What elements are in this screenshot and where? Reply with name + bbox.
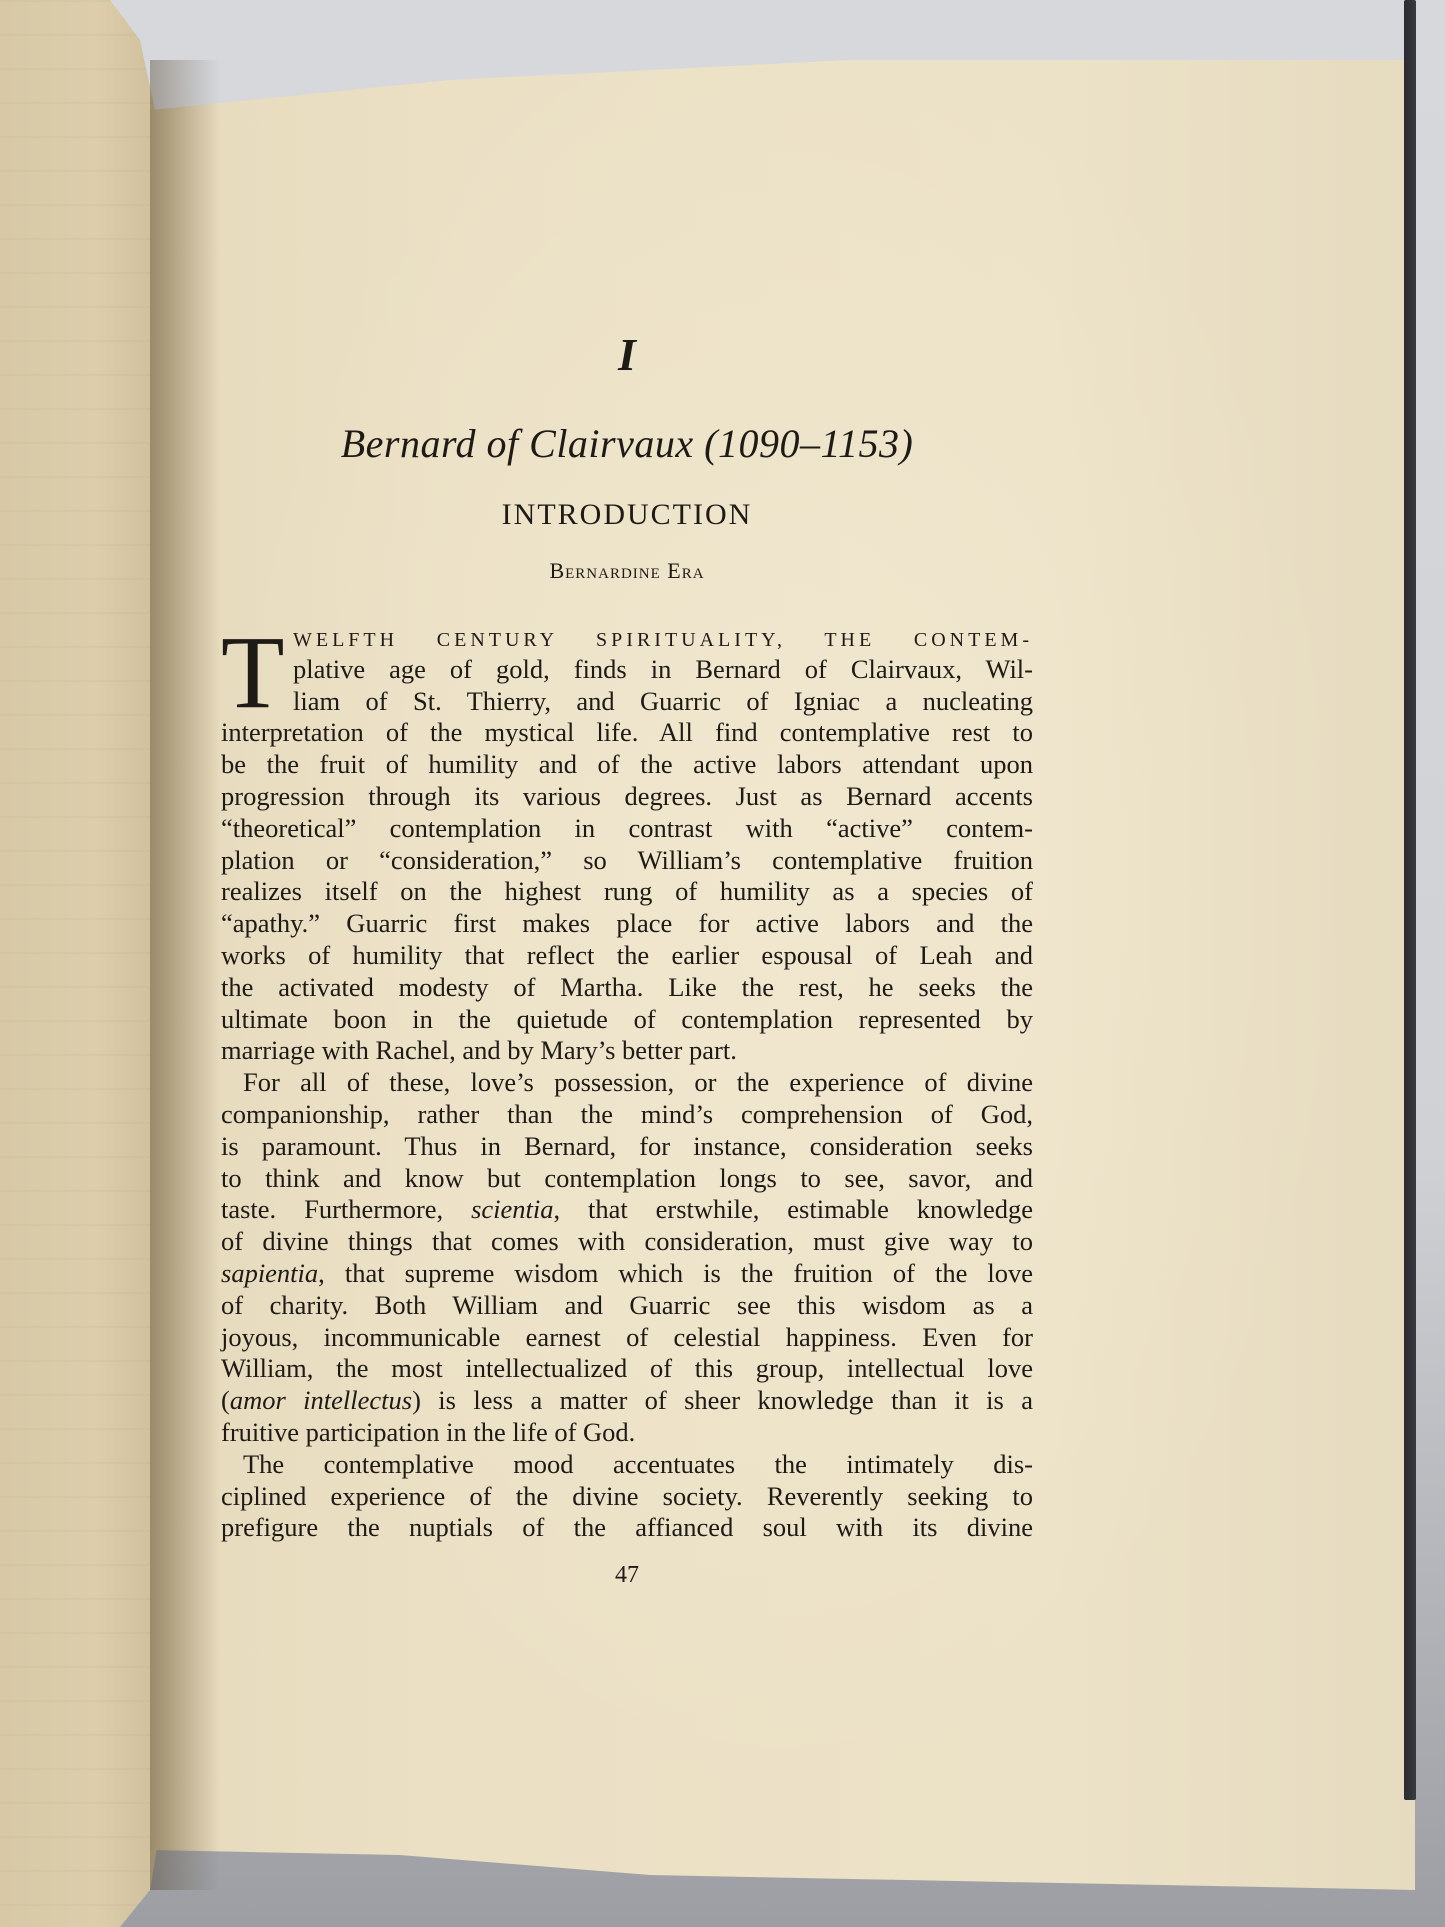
text-line: (amor intellectus) is less a matter of s… [221,1385,1033,1417]
page-number: 47 [221,1562,1033,1589]
text-line: “theoretical” contemplation in contrast … [221,813,1033,845]
text-line: sapientia, that supreme wisdom which is … [221,1258,1033,1290]
drop-cap: T [221,628,285,718]
text-line: welfth century spirituality, the contem- [221,622,1033,654]
section-title: INTRODUCTION [221,498,1033,532]
text-line: “apathy.” Guarric first makes place for … [221,908,1033,940]
text-line: marriage with Rachel, and by Mary’s bett… [221,1035,1033,1067]
text-line: liam of St. Thierry, and Guarric of Igni… [221,686,1033,718]
text-line: For all of these, love’s possession, or … [221,1067,1033,1099]
chapter-number: I [221,328,1033,381]
latin-term: scientia [471,1194,553,1224]
text-line: works of humility that reflect the earli… [221,940,1033,972]
text-line: taste. Furthermore, scientia, that erstw… [221,1194,1033,1226]
text-line: fruitive participation in the life of Go… [221,1417,1033,1449]
text-line: is paramount. Thus in Bernard, for insta… [221,1131,1033,1163]
text-line: progression through its various degrees.… [221,781,1033,813]
text-line: plation or “consideration,” so William’s… [221,845,1033,877]
text-line: of divine things that comes with conside… [221,1226,1033,1258]
text-line: of charity. Both William and Guarric see… [221,1290,1033,1322]
body-text: T welfth century spirituality, the conte… [221,622,1033,1544]
photo-scene: I Bernard of Clairvaux (1090–1153) INTRO… [0,0,1445,1927]
text-line: joyous, incommunicable earnest of celest… [221,1322,1033,1354]
text-line: ciplined experience of the divine societ… [221,1481,1033,1513]
text-line: interpretation of the mystical life. All… [221,717,1033,749]
chapter-title: Bernard of Clairvaux (1090–1153) [221,420,1033,467]
facing-page-left [0,0,160,1927]
text-line: companionship, rather than the mind’s co… [221,1099,1033,1131]
text-line: realizes itself on the highest rung of h… [221,876,1033,908]
text-line: William, the most intellectualized of th… [221,1353,1033,1385]
latin-term: sapientia [221,1258,318,1288]
book-cover-edge [1404,0,1416,1800]
subsection-title: Bernardine Era [221,558,1033,584]
latin-term: amor intellectus [230,1385,412,1415]
text-line: ultimate boon in the quietude of contemp… [221,1004,1033,1036]
text-line: prefigure the nuptials of the affianced … [221,1512,1033,1544]
text-line: be the fruit of humility and of the acti… [221,749,1033,781]
text-line: plative age of gold, finds in Bernard of… [221,654,1033,686]
text-line: The contemplative mood accentuates the i… [221,1449,1033,1481]
text-line: to think and know but contemplation long… [221,1163,1033,1195]
text-line: the activated modesty of Martha. Like th… [221,972,1033,1004]
